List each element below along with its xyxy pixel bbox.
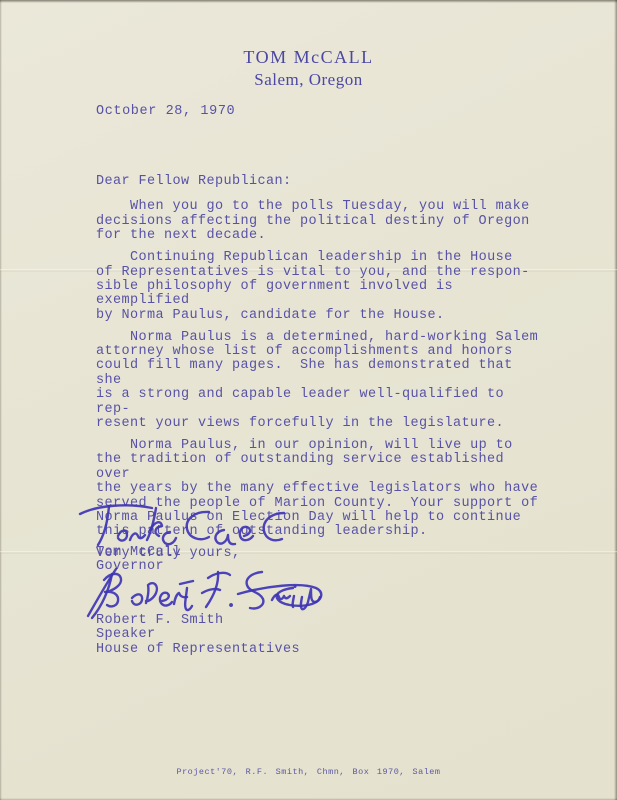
signer-name: Tom McCall <box>96 546 181 560</box>
letterhead-location: Salem, Oregon <box>0 69 617 91</box>
signer-title: Speaker <box>96 628 300 642</box>
paragraph-3: Norma Paulus is a determined, hard-worki… <box>96 331 541 432</box>
date-line: October 28, 1970 <box>96 104 235 119</box>
letterhead: TOM McCALL Salem, Oregon <box>0 46 617 91</box>
scan-edge-top <box>0 0 617 3</box>
letter-page: TOM McCALL Salem, Oregon October 28, 197… <box>0 0 617 800</box>
campaign-footer: Project'70, R.F. Smith, Chmn, Box 1970, … <box>0 767 617 777</box>
letterhead-name: TOM McCALL <box>0 46 617 68</box>
paragraph-2: Continuing Republican leadership in the … <box>96 251 541 323</box>
scan-edge-left <box>0 0 2 800</box>
signer-block-speaker: Robert F. Smith Speaker House of Represe… <box>96 614 300 657</box>
paragraph-1: When you go to the polls Tuesday, you wi… <box>96 200 541 243</box>
salutation: Dear Fellow Republican: <box>96 175 541 189</box>
signer-organization: House of Representatives <box>96 643 300 657</box>
signer-name: Robert F. Smith <box>96 614 300 628</box>
